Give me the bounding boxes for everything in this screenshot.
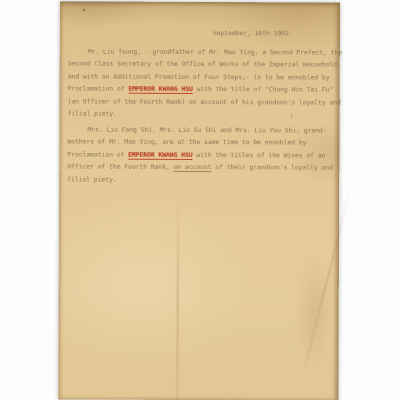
typed-line: (an Officer of the Fourth Rank) on accou… — [68, 95, 338, 109]
typed-line: Proclamation of EMPEROR KWANG HSU with t… — [68, 83, 338, 97]
typed-line: Officer of the Fourth Rank, on account o… — [67, 161, 337, 175]
emperor-name-red: EMPEROR KWANG HSU — [128, 85, 193, 94]
typed-line: Mrs. Liu Fang Shi, Mrs. Liu Su Shi and M… — [67, 123, 337, 137]
paper: September, 16th 1902. * ' Mr. Liu Tsung,… — [58, 1, 340, 400]
typed-line: and with an Additional Promotion of Four… — [68, 70, 338, 84]
line-segment: with the title of "Chung Hin Tai Fu" — [193, 85, 333, 94]
emperor-name-red: EMPEROR KWANG HSU — [128, 151, 193, 160]
underlined-phrase: on account — [173, 163, 211, 172]
paragraph-1: Mr. Liu Tsung, - grandfather of Mr. Mao … — [67, 45, 337, 121]
typed-line: mothers of Mr. Mao Ying, are at the same… — [67, 136, 337, 150]
paragraph-2: Mrs. Liu Fang Shi, Mrs. Liu Su Shi and M… — [67, 123, 337, 186]
typed-line: Second Class Secretary of the Office of … — [68, 58, 338, 72]
line-segment: Proclamation of — [68, 85, 129, 93]
scanned-document: September, 16th 1902. * ' Mr. Liu Tsung,… — [0, 0, 400, 400]
typed-text-layer: September, 16th 1902. * ' Mr. Liu Tsung,… — [66, 1, 338, 400]
typed-line: filial piety. — [67, 173, 337, 187]
line-segment: Officer of the Fourth Rank, — [67, 163, 173, 171]
line-segment: with the titles of the Wives of an — [193, 151, 326, 160]
line-segment: of their grandson's loyalty and — [211, 163, 332, 172]
ink-mark-top: * — [82, 7, 86, 15]
typed-line: Mr. Liu Tsung, - grandfather of Mr. Mao … — [68, 45, 338, 59]
line-segment: Proclamation of — [67, 150, 128, 158]
typed-line: Proclamation of EMPEROR KWANG HSU with t… — [67, 148, 337, 162]
typed-line: filial piety. — [67, 107, 337, 121]
date-line: September, 16th 1902. — [213, 28, 293, 38]
